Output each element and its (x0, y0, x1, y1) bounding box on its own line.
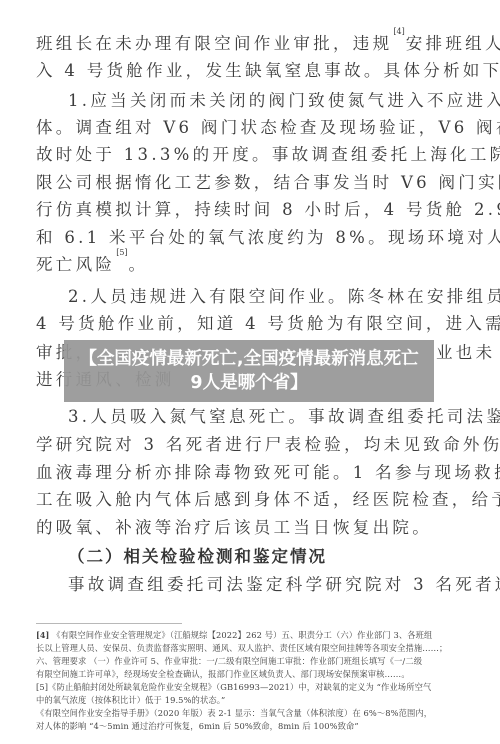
footnote-line: 对人体的影响 “4～5min 通过治疗可恢复，6min 后 50%致命，8min… (36, 720, 359, 733)
footnote-ref[interactable]: [5] (116, 248, 127, 257)
body-line: 血液毒理分析亦排除毒物致死可能。1 名参与现场救援的员 (36, 459, 500, 483)
footnote-4: [4] 《有限空间作业安全管理规定》（江船规综【2022】262 号）五、职责分… (36, 629, 432, 642)
paragraph-2-start: 2.人员违规进入有限空间作业。陈冬林在安排组员进入 (68, 283, 500, 307)
line-text: 死亡风险 (36, 255, 115, 274)
footnote-line: 六、管理要求 （一）作业许可 5、作业审批：一/二级有限空间施工审批：作业部门班… (36, 655, 422, 668)
footnote-line: 长以上管理人员、安保员、负责监督落实照明、通风、双人监护、责任区域有限空间挂牌等… (36, 642, 447, 655)
footnote-divider (36, 623, 182, 624)
footnote-line: 有限空间施工许可单》，经现场安全检查确认，报部门作业区域负责人、部门现场安保预案… (36, 668, 410, 681)
body-line: 工在吸入舱内气体后感到身体不适，经医院检查，给予相应 (36, 486, 500, 510)
section-heading: （二）相关检验检测和鉴定情况 (68, 543, 327, 567)
footnote-5: [5]《防止船舶封闭处所缺氧危险作业安全规程》（GB16993—2021）中，对… (36, 681, 431, 694)
footnote-text: 《有限空间作业安全管理规定》（江船规综【2022】262 号）五、职责分工（六）… (52, 630, 432, 640)
paragraph-1-start: 1.应当关闭而未关闭的阀门致使氮气进入不应进入的舱 (68, 87, 500, 111)
body-line: 班组长在未办理有限空间作业审批，违规[4]安排班组人员进 (36, 30, 500, 54)
line-text: 安排班组人员进 (406, 34, 500, 53)
paragraph-4-start: 事故调查组委托司法鉴定科学研究院对 3 名死者进行尸 (68, 571, 500, 595)
body-line: 入 4 号货舱作业，发生缺氧窒息事故。具体分析如下： (36, 57, 500, 81)
body-line: 故时处于 13.3%的开度。事故调查组委托上海化工院检测有 (36, 141, 500, 165)
title-overlay-banner[interactable]: 【全国疫情最新死亡,全国疫情最新消息死亡9人是哪个省】 (64, 340, 434, 402)
footnote-line: 《有限空间作业安全指导手册》（2020 年版）表 2-1 显示：当氧气含量（体积… (36, 707, 432, 720)
body-line-partial-right: 业也未 (436, 339, 495, 363)
line-text: 班组长在未办理有限空间作业审批，违规 (36, 34, 392, 53)
body-line: 死亡风险[5]。 (36, 251, 148, 275)
body-line: 限公司根据惰化工艺参数，结合事发当时 V6 阀门实际开度进 (36, 169, 500, 193)
document-page: 班组长在未办理有限空间作业审批，违规[4]安排班组人员进 入 4 号货舱作业，发… (0, 0, 500, 744)
footnote-line: 中的氧气浓度（按体积比计）低于 19.5%的状态。” (36, 694, 225, 707)
body-line: 4 号货舱作业前，知道 4 号货舱为有限空间，进入需要办理 (36, 310, 500, 334)
footnote-ref[interactable]: [4] (393, 27, 404, 36)
body-line: 行仿真模拟计算，持续时间 8 小时后，4 号货舱 2.9 米平台 (36, 196, 500, 220)
body-line: 学研究院对 3 名死者进行尸表检验，均未见致命外伤痕迹； (36, 431, 500, 455)
body-line: 的吸氧、补液等治疗后该员工当日恢复出院。 (36, 514, 432, 538)
footnote-mark: [4] (36, 630, 49, 640)
overlay-title[interactable]: 【全国疫情最新死亡,全国疫情最新消息死亡9人是哪个省】 (79, 347, 419, 395)
body-line: 和 6.1 米平台处的氧气浓度约为 8%。现场环境对人体有窒息 (36, 224, 500, 248)
paragraph-3-start: 3.人员吸入氮气窒息死亡。事故调查组委托司法鉴定科 (68, 403, 500, 427)
line-text: 。 (129, 255, 149, 274)
body-line: 体。调查组对 V6 阀门状态检查及现场验证，V6 阀在发生事 (36, 114, 500, 138)
